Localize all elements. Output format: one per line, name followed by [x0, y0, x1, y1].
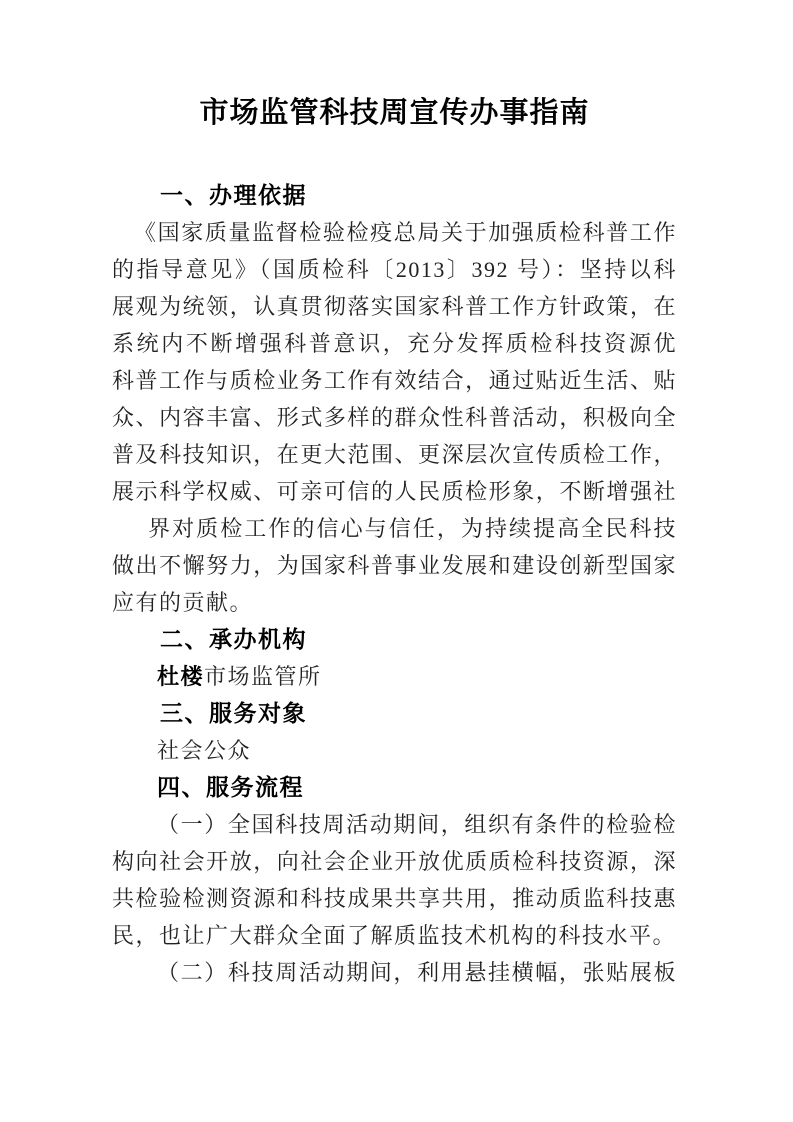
document-title: 市场监管科技周宣传办事指南	[112, 93, 677, 133]
document-page: 市场监管科技周宣传办事指南 一、办理依据 《国家质量监督检验检疫总局关于加强质检…	[0, 0, 793, 1122]
body-line: （一）全国科技周活动期间，组织有条件的检验检测机	[112, 806, 677, 843]
body-line: 界对质检工作的信心与信任，为持续提高全民科技素质	[112, 510, 677, 547]
agency-name-bold: 杜楼	[157, 664, 204, 689]
body-line: 科普工作与质检业务工作有效结合，通过贴近生活、贴近群	[112, 362, 677, 399]
body-line: 普及科技知识，在更大范围、更深层次宣传质检工作，充分	[112, 436, 677, 473]
section-heading-process: 四、服务流程	[112, 769, 677, 806]
body-line: 应有的贡献。	[112, 584, 677, 621]
section-heading-basis: 一、办理依据	[112, 177, 677, 214]
body-line: 展观为统领，认真贯彻落实国家科普工作方针政策，在质检	[112, 288, 677, 325]
body-line: 众、内容丰富、形式多样的群众性科普活动，积极向全社会	[112, 399, 677, 436]
agency-name-rest: 市场监管所	[204, 664, 322, 689]
body-line: 做出不懈努力，为国家科普事业发展和建设创新型国家做出	[112, 547, 677, 584]
body-line: 共检验检测资源和科技成果共享共用，推动质监科技惠企惠	[112, 880, 677, 917]
body-line: （二）科技周活动期间，利用悬挂横幅，张贴展板等方	[112, 954, 677, 991]
audience-line: 社会公众	[112, 732, 677, 769]
body-line: 系统内不断增强科普意识，充分发挥质检科技资源优势，将	[112, 325, 677, 362]
document-body: 一、办理依据 《国家质量监督检验检疫总局关于加强质检科普工作 的指导意见》（国质…	[112, 177, 677, 991]
body-line: 展示科学权威、可亲可信的人民质检形象，不断增强社会各	[112, 473, 677, 510]
agency-line: 杜楼市场监管所	[112, 658, 677, 695]
section-heading-agency: 二、承办机构	[112, 621, 677, 658]
section-heading-audience: 三、服务对象	[112, 695, 677, 732]
body-line: 民，也让广大群众全面了解质监技术机构的科技水平。	[112, 917, 677, 954]
body-line: 的指导意见》（国质检科〔2013〕392 号）：坚持以科学发	[112, 251, 677, 288]
body-line: 构向社会开放，向社会企业开放优质质检科技资源，深化公	[112, 843, 677, 880]
body-line: 《国家质量监督检验检疫总局关于加强质检科普工作	[112, 214, 677, 251]
